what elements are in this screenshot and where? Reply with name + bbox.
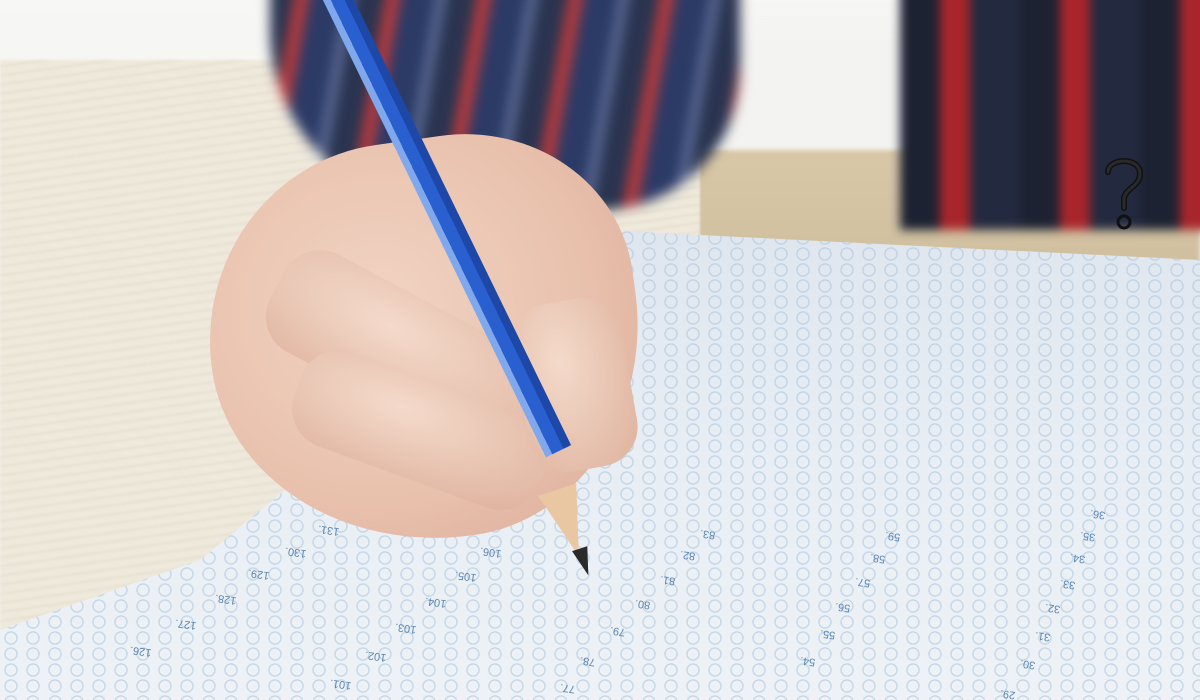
question-mark-icon[interactable]: ? (1100, 152, 1148, 236)
question-number: 35. (1079, 529, 1096, 543)
plaid-shirt-torso (900, 0, 1200, 230)
question-number: 32. (1044, 601, 1061, 615)
question-number: 59. (884, 529, 901, 543)
photo-scene: 126.127.128.129.130.131.101.102.103.104.… (0, 0, 1200, 700)
question-number: 29. (999, 687, 1016, 700)
question-number: 79. (609, 624, 626, 638)
question-number: 55. (819, 627, 836, 641)
question-number: 57. (854, 575, 871, 589)
question-number: 58. (869, 551, 886, 565)
question-number: 80. (634, 597, 651, 611)
question-number: 78. (579, 654, 596, 668)
question-number: 31. (1034, 629, 1051, 643)
question-number: 56. (834, 600, 851, 614)
question-number: 34. (1069, 551, 1086, 565)
question-number: 82. (679, 548, 696, 562)
question-number: 36. (1089, 507, 1106, 521)
question-number: 77. (559, 681, 576, 695)
question-number: 30. (1019, 657, 1036, 671)
question-number: 83. (699, 527, 716, 541)
question-number: 33. (1059, 577, 1076, 591)
question-number: 54. (799, 654, 816, 668)
question-number: 81. (659, 573, 676, 587)
